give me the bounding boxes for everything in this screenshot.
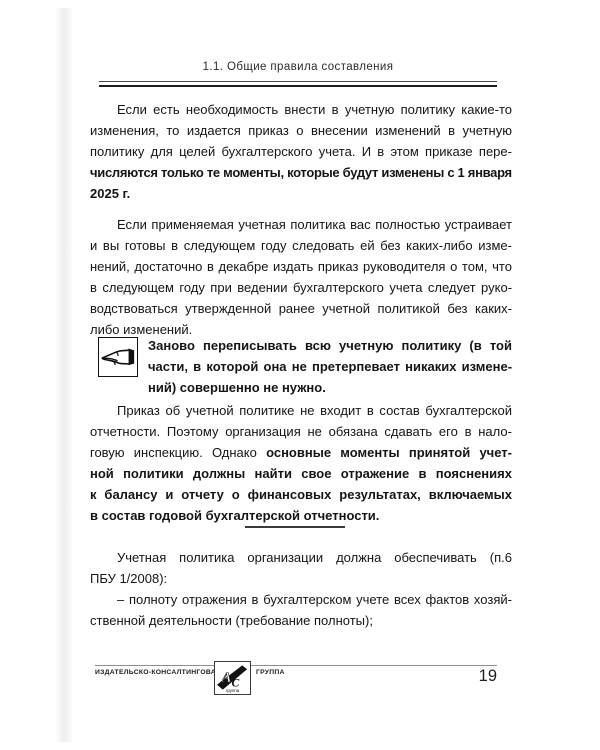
text-line: к балансу и отчету о финансовых результа… — [90, 484, 512, 505]
note-box: Заново переписывать всю учетную политику… — [90, 335, 512, 399]
pointing-left-hand-icon — [98, 337, 138, 377]
paragraph: – полноту отражения в бухгалтерском учет… — [90, 589, 512, 631]
text-line: в следующем году при ведении бухгалтерск… — [90, 277, 512, 298]
text-line: Если применяемая учетная политика вас по… — [90, 214, 512, 235]
text-line: нений, достаточно в декабре издать прика… — [90, 256, 512, 277]
text-line: Заново переписывать всю учетную политику… — [148, 335, 512, 356]
paragraph: Учетная политика организации должна обес… — [90, 547, 512, 589]
paragraph: Если есть необходимость внести в учетную… — [90, 99, 512, 204]
text-line: изменения, то издается приказ о внесении… — [90, 120, 512, 141]
publisher-name-right: ГРУППА — [256, 669, 285, 676]
book-page: 1.1. Общие правила составления Если есть… — [0, 0, 600, 750]
logo-letter-a: А — [221, 670, 232, 686]
publisher-name-left: ИЗДАТЕЛЬСКО-КОНСАЛТИНГОВАЯ — [95, 669, 221, 676]
running-head: 1.1. Общие правила составления — [99, 61, 497, 73]
paragraph: Приказ об учетной политике не входит в с… — [90, 400, 512, 526]
text-line: и вы готовы в следующем году следовать е… — [90, 235, 512, 256]
logo-subtitle: группа — [226, 688, 240, 693]
text-line: ПБУ 1/2008): — [90, 568, 512, 589]
text-line: Если есть необходимость внести в учетную… — [90, 99, 512, 120]
text-line: – полноту отражения в бухгалтерском учет… — [90, 589, 512, 610]
text-line: ной политики должны найти свое отражение… — [90, 463, 512, 484]
footer-rule — [95, 665, 497, 666]
paragraph: Если применяемая учетная политика вас по… — [90, 214, 512, 340]
scan-edge-shadow — [56, 8, 72, 742]
text-line: ственной деятельности (требование полнот… — [90, 610, 512, 631]
publisher-logo: А С группа — [214, 661, 251, 695]
text-line: водствоваться утвержденной ранее учетной… — [90, 298, 512, 319]
text-line: ний) совершенно не нужно. — [148, 377, 512, 398]
text-line: говую инспекцию. Однако основные моменты… — [90, 442, 512, 463]
text-line: числяются только те моменты, которые буд… — [90, 162, 512, 183]
header-rule-thin — [99, 81, 497, 82]
text-line: части, в которой она не претерпевает ник… — [148, 356, 512, 377]
section-title: 1.1. Общие правила составления — [203, 61, 394, 73]
note-text: Заново переписывать всю учетную политику… — [148, 335, 512, 398]
text-line: политику для целей бухгалтерского учета.… — [90, 141, 512, 162]
header-rule-thick — [99, 85, 497, 87]
text-line: отчетности. Поэтому организация не обяза… — [90, 421, 512, 442]
text-line: Учетная политика организации должна обес… — [90, 547, 512, 568]
text-line: Приказ об учетной политике не входит в с… — [90, 400, 512, 421]
text-line: в состав годовой бухгалтерской отчетност… — [90, 505, 512, 526]
page-number: 19 — [455, 667, 497, 686]
text-line: 2025 г. — [90, 183, 512, 204]
section-divider — [245, 526, 345, 528]
